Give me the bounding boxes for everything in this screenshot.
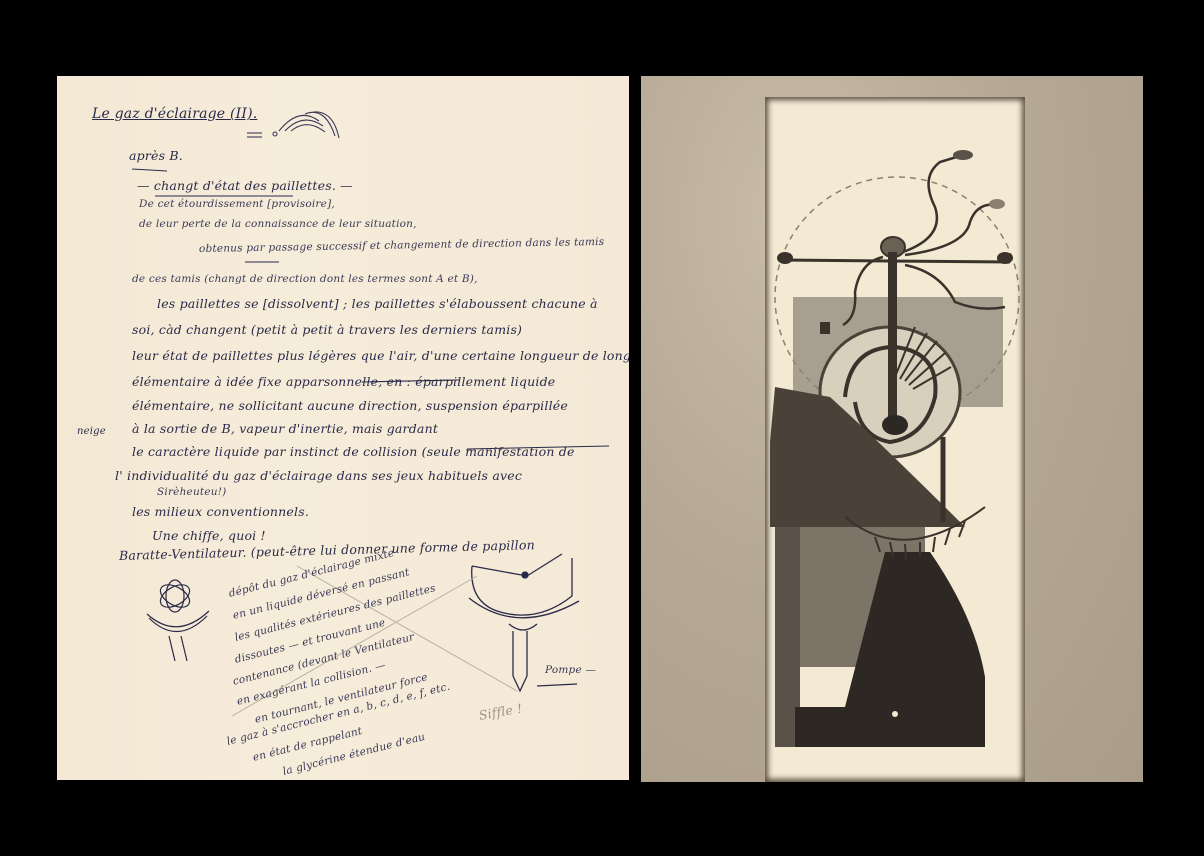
manuscript-line-9: leur état de paillettes plus légères que… [132,348,629,363]
manuscript-line-13: le caractère liquide par instinct de col… [132,444,575,459]
manuscript-line-10: élémentaire à idée fixe apparsonnelle, e… [132,374,555,389]
machine-drawing-photo [641,76,1143,782]
manuscript-line-16: Une chiffe, quoi ! [152,528,266,543]
shaft-weight [882,415,908,435]
manuscript-line-2: — changt d'état des paillettes. — [137,178,353,193]
manuscript-line-1: après B. [129,148,183,163]
rod-knob-left [777,252,793,264]
drawing-sheet [765,97,1025,782]
manuscript-line-6: de ces tamis (changt de direction dont l… [132,273,478,285]
manuscript-sub-note: Sirèheuteu!) [157,486,226,498]
manuscript-line-7: les paillettes se [dissolvent] ; les pai… [157,296,598,311]
margin-note: neige [77,426,106,437]
manuscript-line-14: l' individualité du gaz d'éclairage dans… [115,468,522,483]
manuscript-line-11: élémentaire, ne sollicitant aucune direc… [132,398,568,413]
flower-cup-sketch [147,580,209,661]
rod-knob-right [997,252,1013,264]
manuscript-page-photo: Le gaz d'éclairage (II). [57,76,629,780]
manuscript-line-15: les milieux conventionnels. [132,504,309,519]
vertical-shaft [888,252,897,432]
manuscript-line-8: soi, càd changent (petit à petit à trave… [132,322,522,337]
header-arc-sketch [247,112,339,138]
manuscript-line-4: de leur perte de la connaissance de leur… [139,218,417,230]
machine-drawing [765,97,1025,782]
pump-label: Pompe — [545,664,596,676]
manuscript-line-3: De cet étourdissement [provisoire], [139,198,335,210]
manuscript-line-12: à la sortie de B, vapeur d'inertie, mais… [132,421,438,436]
